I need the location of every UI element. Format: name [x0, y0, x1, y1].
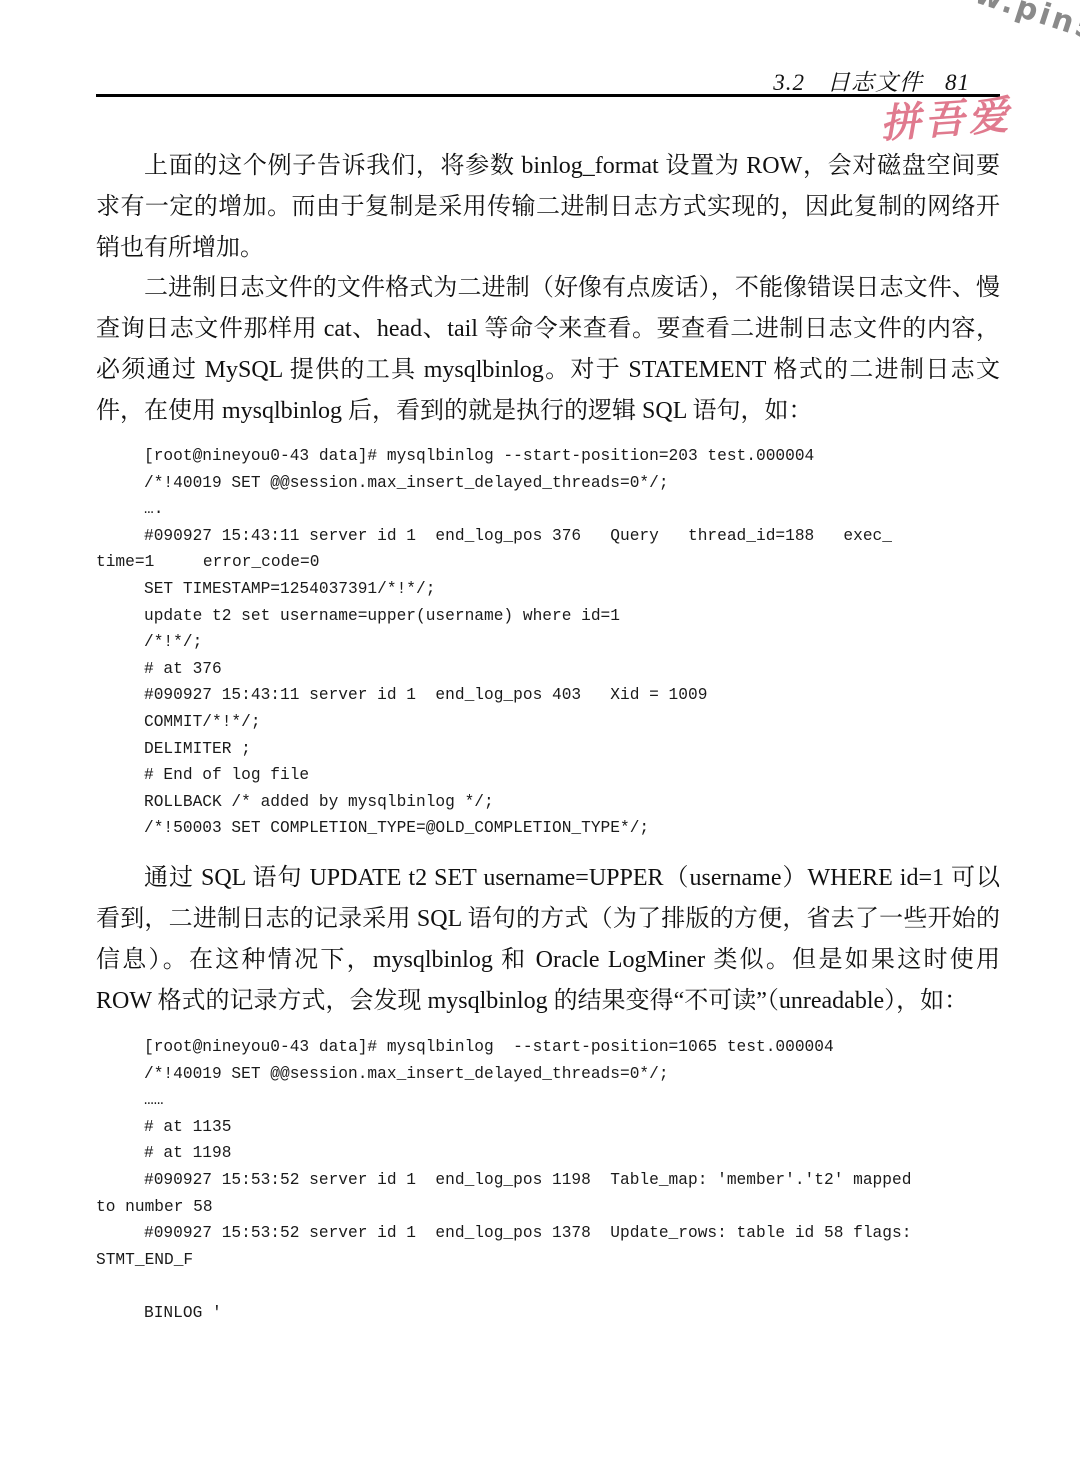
code-line: to number 58: [96, 1194, 1000, 1221]
code-line: BINLOG ': [96, 1300, 1000, 1327]
running-header: 3.2日志文件81: [96, 60, 1000, 97]
code-line: SET TIMESTAMP=1254037391/*!*/;: [96, 576, 1000, 603]
code-line: #090927 15:43:11 server id 1 end_log_pos…: [96, 523, 1000, 550]
code-line: #090927 15:53:52 server id 1 end_log_pos…: [96, 1220, 1000, 1247]
page-number: 81: [945, 70, 970, 95]
code-line: ROLLBACK /* added by mysqlbinlog */;: [96, 789, 1000, 816]
section-title: 日志文件: [827, 70, 923, 95]
code-line: # at 1135: [96, 1114, 1000, 1141]
code-line: ….: [96, 496, 1000, 523]
code-line: /*!40019 SET @@session.max_insert_delaye…: [96, 1061, 1000, 1088]
code-line: /*!40019 SET @@session.max_insert_delaye…: [96, 470, 1000, 497]
code-line: update t2 set username=upper(username) w…: [96, 603, 1000, 630]
code-line: [root@nineyou0-43 data]# mysqlbinlog --s…: [96, 1034, 1000, 1061]
code-line: time=1 error_code=0: [96, 549, 1000, 576]
code-line: COMMIT/*!*/;: [96, 709, 1000, 736]
code-block-row: [root@nineyou0-43 data]# mysqlbinlog --s…: [96, 1034, 1000, 1327]
paragraph-2: 二进制日志文件的文件格式为二进制（好像有点废话），不能像错误日志文件、慢查询日志…: [96, 268, 1000, 432]
code-line: [96, 1273, 1000, 1300]
section-number: 3.2: [773, 70, 805, 95]
code-line: /*!50003 SET COMPLETION_TYPE=@OLD_COMPLE…: [96, 815, 1000, 842]
code-line: STMT_END_F: [96, 1247, 1000, 1274]
code-line: /*!*/;: [96, 629, 1000, 656]
code-line: #090927 15:43:11 server id 1 end_log_pos…: [96, 682, 1000, 709]
paragraph-3: 通过 SQL 语句 UPDATE t2 SET username=UPPER（u…: [96, 858, 1000, 1022]
code-line: # at 1198: [96, 1140, 1000, 1167]
code-line: # at 376: [96, 656, 1000, 683]
code-line: # End of log file: [96, 762, 1000, 789]
paragraph-1: 上面的这个例子告诉我们，将参数 binlog_format 设置为 ROW，会对…: [96, 146, 1000, 269]
code-line: #090927 15:53:52 server id 1 end_log_pos…: [96, 1167, 1000, 1194]
code-line: DELIMITER ;: [96, 736, 1000, 763]
code-line: [root@nineyou0-43 data]# mysqlbinlog --s…: [96, 443, 1000, 470]
code-block-statement: [root@nineyou0-43 data]# mysqlbinlog --s…: [96, 443, 1000, 842]
header-text: 3.2日志文件81: [751, 64, 970, 97]
code-line: ……: [96, 1087, 1000, 1114]
